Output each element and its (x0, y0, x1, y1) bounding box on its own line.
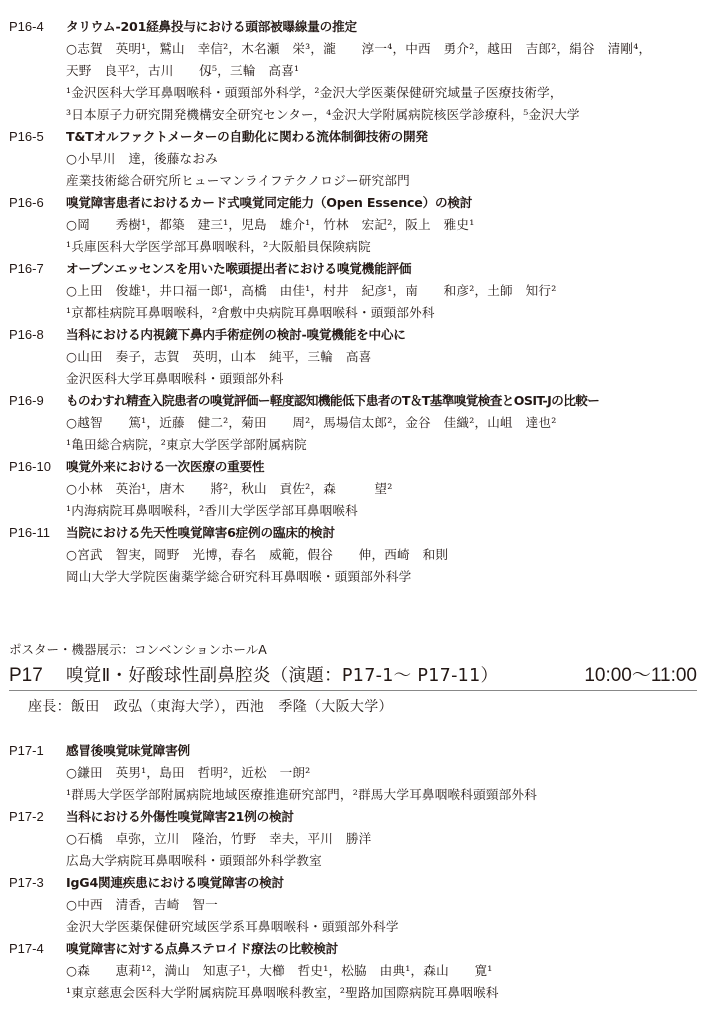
session-time: 10:00～11:00 (584, 664, 697, 688)
abstract-title: IgG4関連疾患における嗅覚障害の検討 (66, 874, 284, 892)
abstract-title: 当科における内視鏡下鼻内手術症例の検討-嗅覚機能を中心に (66, 326, 406, 344)
authors-line: ○中西 清香，吉崎 智一 (66, 896, 218, 914)
authors-line: ○上田 俊雄¹，井口福一郎¹，高橋 由佳¹，村井 紀彦¹，南 和彦²，土師 知行… (66, 282, 556, 300)
authors-line: ○越智 篤¹，近藤 健二²，菊田 周²，馬場信太郎²，金谷 佳織²，山岨 達也² (66, 414, 556, 432)
affiliation-line: ³日本原子力研究開発機構安全研究センター，⁴金沢大学附属病院核医学診療科，⁵金沢… (66, 106, 580, 124)
abstract-id: P16-9 (9, 392, 44, 410)
authors-line: ○鎌田 英男¹，島田 哲明²，近松 一朗² (66, 764, 310, 782)
abstract-id: P17-1 (9, 742, 44, 760)
affiliation-line: 金沢医科大学耳鼻咽喉科・頭頸部外科 (66, 370, 284, 388)
abstract-title: タリウム-201経鼻投与における頭部被曝線量の推定 (66, 18, 357, 36)
affiliation-line: ¹兵庫医科大学医学部耳鼻咽喉科，²大阪船員保険病院 (66, 238, 371, 256)
authors-line: ○森 恵莉¹²，満山 知恵子¹，大櫛 哲史¹，松脇 由典¹，森山 寛¹ (66, 962, 493, 980)
authors-line: ○石橋 卓弥，立川 隆治，竹野 幸夫，平川 勝洋 (66, 830, 371, 848)
authors-line: ○山田 奏子，志賀 英明，山本 純平，三輪 高喜 (66, 348, 371, 366)
abstract-id: P17-3 (9, 874, 44, 892)
abstract-id: P16-8 (9, 326, 44, 344)
session-title: 嗅覚Ⅱ・好酸球性副鼻腔炎（演題：P17-1～ P17-11） (66, 664, 498, 688)
affiliation-line: 産業技術総合研究所ヒューマンライフテクノロジー研究部門 (66, 172, 410, 190)
session-header: P17 嗅覚Ⅱ・好酸球性副鼻腔炎（演題：P17-1～ P17-11） 10:00… (9, 664, 697, 691)
abstract-id: P17-2 (9, 808, 44, 826)
affiliation-line: ¹金沢医科大学耳鼻咽喉科・頭頸部外科学，²金沢大学医薬保健研究域量子医療技術学， (66, 84, 563, 102)
session-chairs: 座長：飯田 政弘（東海大学），西池 季隆（大阪大学） (28, 697, 393, 717)
abstract-title: 嗅覚障害に対する点鼻ステロイド療法の比較検討 (66, 940, 338, 958)
venue-label: ポスター・機器展示：コンベンションホールA (9, 641, 267, 659)
authors-line: ○志賀 英明¹，鷲山 幸信²，木名瀬 栄³，瀧 淳一⁴，中西 勇介²，越田 吉郎… (66, 40, 651, 58)
abstract-id: P16-7 (9, 260, 44, 278)
affiliation-line: ¹群馬大学医学部附属病院地域医療推進研究部門，²群馬大学耳鼻咽喉科頭頸部外科 (66, 786, 537, 804)
abstract-id: P16-4 (9, 18, 44, 36)
abstract-title: オープンエッセンスを用いた喉頭提出者における嗅覚機能評価 (66, 260, 411, 278)
abstract-id: P16-6 (9, 194, 44, 212)
abstract-id: P16-5 (9, 128, 44, 146)
abstract-title: ものわすれ精査入院患者の嗅覚評価ー軽度認知機能低下患者のT＆T基準嗅覚検査とOS… (66, 392, 599, 410)
abstract-id: P17-4 (9, 940, 44, 958)
affiliation-line: 岡山大学大学院医歯薬学総合研究科耳鼻咽喉・頭頸部外科学 (66, 568, 411, 586)
abstract-title: T&Tオルファクトメーターの自動化に関わる流体制御技術の開発 (66, 128, 428, 146)
session-code: P17 (9, 664, 43, 688)
affiliation-line: ¹内海病院耳鼻咽喉科，²香川大学医学部耳鼻咽喉科 (66, 502, 358, 520)
abstract-id: P16-10 (9, 458, 51, 476)
affiliation-line: 金沢大学医薬保健研究域医学系耳鼻咽喉科・頭頸部外科学 (66, 918, 399, 936)
affiliation-line: ¹京都桂病院耳鼻咽喉科，²倉敷中央病院耳鼻咽喉科・頭頸部外科 (66, 304, 435, 322)
authors-line: 天野 良平²，古川 仭⁵，三輪 高喜¹ (66, 62, 299, 80)
authors-line: ○小林 英治¹，唐木 將²，秋山 貢佐²，森 望² (66, 480, 392, 498)
authors-line: ○小早川 達，後藤なおみ (66, 150, 218, 168)
abstract-title: 嗅覚外来における一次医療の重要性 (66, 458, 264, 476)
affiliation-line: 広島大学病院耳鼻咽喉科・頭頸部外科学教室 (66, 852, 322, 870)
abstract-title: 当科における外傷性嗅覚障害21例の検討 (66, 808, 294, 826)
abstract-title: 当院における先天性嗅覚障害6症例の臨床的検討 (66, 524, 335, 542)
abstract-id: P16-11 (9, 524, 50, 542)
affiliation-line: ¹東京慈恵会医科大学附属病院耳鼻咽喉科教室，²聖路加国際病院耳鼻咽喉科 (66, 984, 499, 1002)
authors-line: ○岡 秀樹¹，都築 建三¹，児島 雄介¹，竹林 宏記²，阪上 雅史¹ (66, 216, 474, 234)
affiliation-line: ¹亀田総合病院，²東京大学医学部附属病院 (66, 436, 307, 454)
abstract-title: 嗅覚障害患者におけるカード式嗅覚同定能力（Open Essence）の検討 (66, 194, 472, 212)
abstract-title: 感冒後嗅覚味覚障害例 (66, 742, 190, 760)
authors-line: ○宮武 智実，岡野 光博，春名 威範，假谷 伸，西崎 和則 (66, 546, 448, 564)
